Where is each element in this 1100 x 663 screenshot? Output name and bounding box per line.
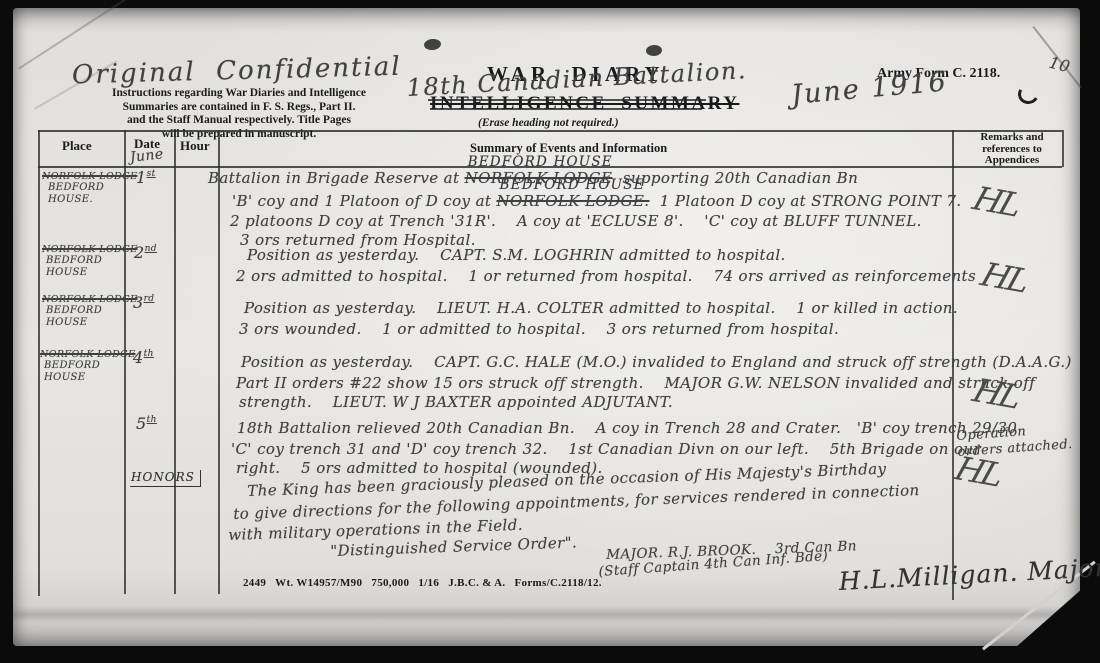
table-right-rule: [1062, 130, 1064, 167]
entry-5-date: 5th: [136, 414, 157, 433]
entry-3-date: 3rd: [133, 293, 154, 312]
entry-2-line-2: 2 ors admitted to hospital. 1 or returne…: [236, 267, 976, 285]
table-left-rule: [38, 130, 40, 596]
rule-date-hour: [174, 130, 176, 594]
erase-note: (Erase heading not required.): [478, 117, 619, 129]
col-header-remarks: Remarks and references to Appendices: [967, 132, 1057, 167]
col-header-place: Place: [62, 138, 92, 154]
entry-2-place-struck: NORFOLK LODGE: [42, 244, 138, 255]
table-top-rule: [38, 130, 1062, 132]
entry-3-line-1: Position as yesterday. LIEUT. H.A. COLTE…: [244, 299, 958, 317]
entry-4-date: 4th: [133, 348, 154, 367]
rule-place-date: [124, 130, 126, 594]
entry-4-place: BEDFORD HOUSE: [44, 360, 100, 383]
entry-1-line-2: 'B' coy and 1 Platoon of D coy at BEDFOR…: [232, 192, 962, 210]
strike-line-1: [428, 99, 706, 101]
entry-5-line-1: 18th Battalion relieved 20th Canadian Bn…: [237, 419, 1017, 437]
entry-1-line-1-correction: BEDFORD HOUSE: [468, 154, 613, 170]
entry-4-place-struck: NORFOLK LODGE: [40, 349, 136, 360]
printer-imprint: 2449 Wt. W14957/M90 750,000 1/16 J.B.C. …: [243, 577, 602, 589]
entry-1-line-2-correction: BEDFORD HOUSE: [500, 177, 645, 193]
struck-heading: INTELLIGENCE SUMMARY: [430, 93, 739, 115]
entry-4-line-3: strength. LIEUT. W J BAXTER appointed AD…: [239, 393, 673, 411]
entry-5-line-2: 'C' coy trench 31 and 'D' coy trench 32.…: [231, 440, 981, 458]
microfilm-frame: Original Confidential Instructions regar…: [0, 0, 1100, 663]
entry-2-date: 2nd: [134, 243, 157, 262]
entry-1-place: BEDFORD HOUSE.: [48, 182, 104, 205]
entry-4-line-2: Part II orders #22 show 15 ors struck of…: [236, 374, 1035, 392]
entry-4-line-1: Position as yesterday. CAPT. G.C. HALE (…: [241, 353, 1072, 371]
rule-hour-summary: [218, 130, 220, 594]
strike-line-2: [430, 108, 702, 110]
entry-2-line-1: Position as yesterday. CAPT. S.M. LOGHRI…: [247, 246, 786, 264]
crease-bottom-band: [13, 606, 1080, 622]
entry-3-line-2: 3 ors wounded. 1 or admitted to hospital…: [239, 320, 839, 338]
entry-1-place-struck: NORFOLK LODGE: [42, 171, 138, 182]
entry-3-place-struck: NORFOLK LODGE: [42, 294, 138, 305]
entry-1-date: 1st: [136, 168, 156, 187]
honors-label: HONORS: [130, 470, 201, 487]
entry-3-place: BEDFORD HOUSE: [46, 305, 102, 328]
instructions-note: Instructions regarding War Diaries and I…: [45, 87, 433, 141]
entry-2-place: BEDFORD HOUSE: [46, 255, 102, 278]
entry-1-line-3: 2 platoons D coy at Trench '31R'. A coy …: [230, 212, 922, 230]
col-header-hour: Hour: [180, 138, 210, 154]
